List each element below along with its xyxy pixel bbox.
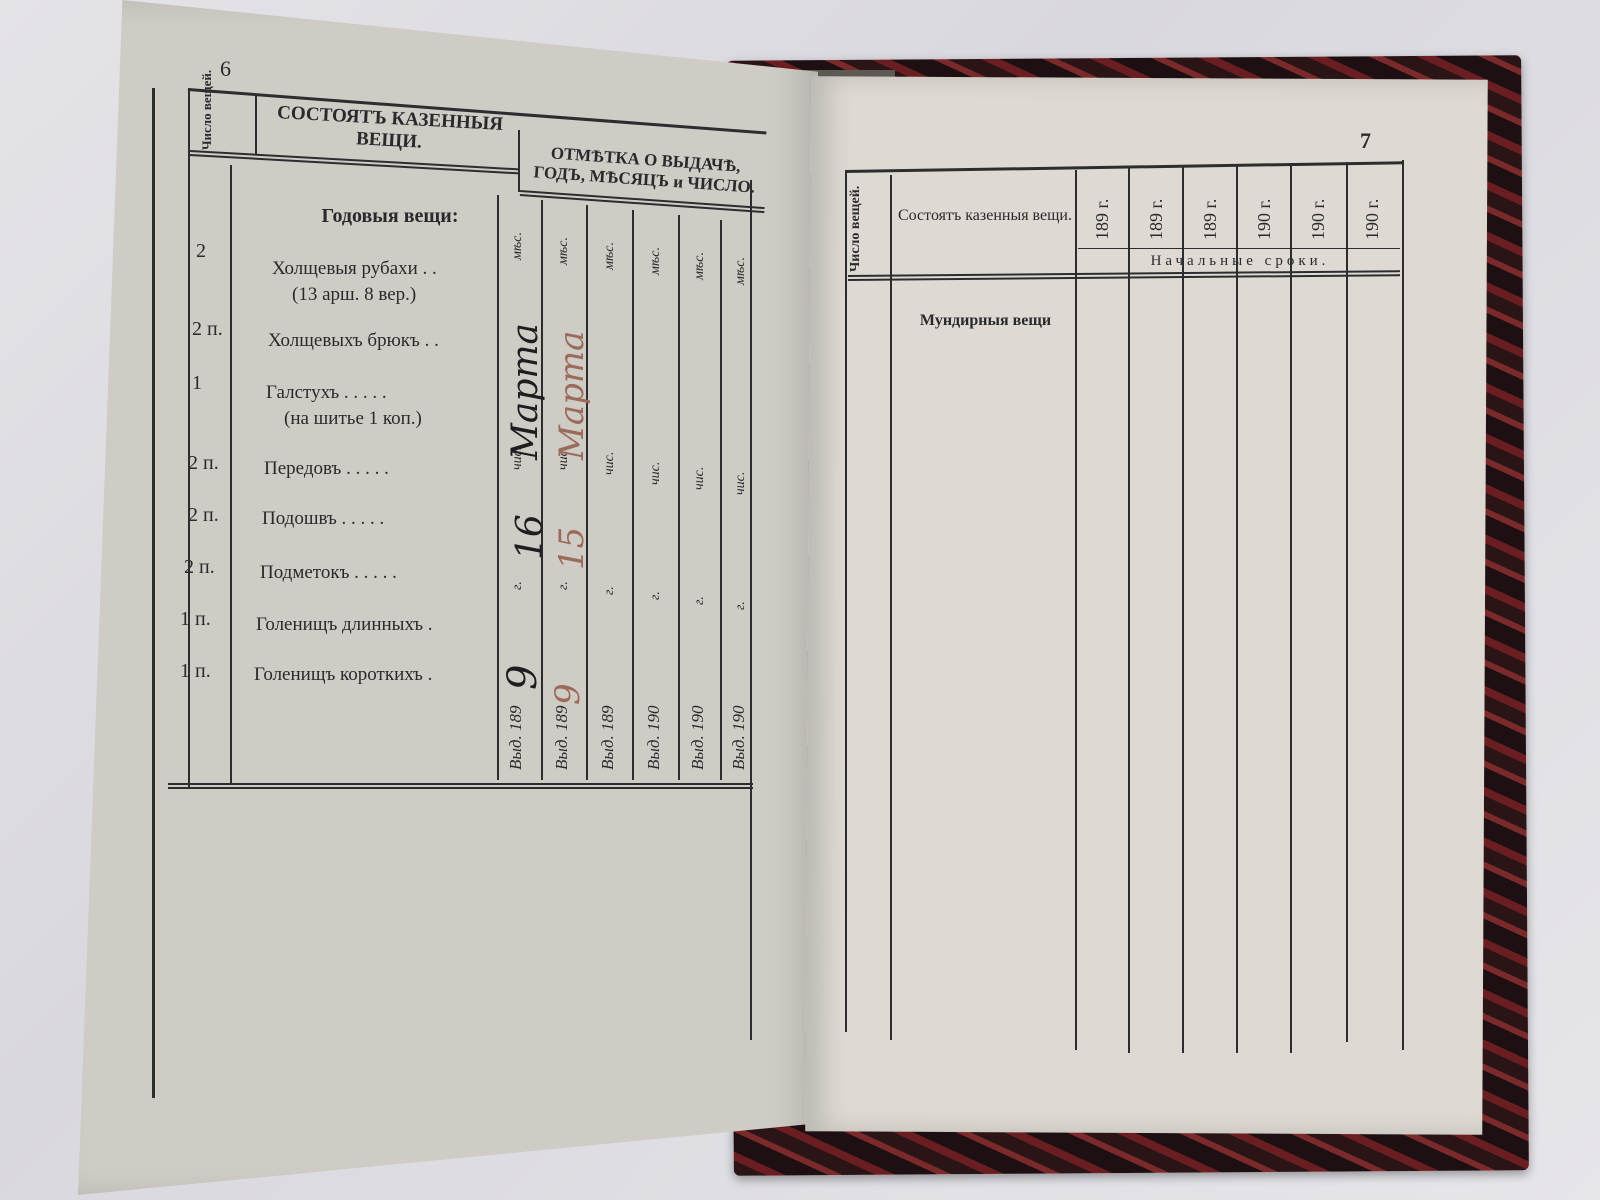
- item-name: Подметокъ . . . . .: [260, 562, 397, 584]
- subheader-rule: [1078, 248, 1400, 249]
- col-divider: [230, 165, 232, 785]
- col-divider: [1346, 162, 1348, 1042]
- issue-year-suffix: г.: [556, 581, 572, 590]
- issue-year-suffix: г.: [510, 581, 526, 590]
- item-qty: 1: [192, 372, 202, 395]
- issue-col-divider: [541, 200, 543, 780]
- item-qty: 1 п.: [180, 660, 211, 683]
- handwritten-day: 16: [510, 514, 551, 560]
- item-name: Холщевыя рубахи . .: [272, 258, 437, 280]
- issue-col-divider: [720, 220, 722, 780]
- item-qty: 2 п.: [188, 452, 219, 475]
- issue-col-divider: [632, 210, 634, 780]
- header-count: Число вещей.: [200, 90, 214, 150]
- issue-year-suffix: г.: [692, 596, 708, 605]
- issue-label: Выд. 189: [552, 706, 572, 771]
- col-divider: [1075, 170, 1077, 1050]
- table-border-right: [1402, 160, 1404, 1050]
- item-name: Холщевыхъ брюкъ . .: [268, 330, 439, 352]
- issue-col-divider: [497, 195, 499, 780]
- header-items: Состоятъ казенныя вещи.: [896, 200, 1074, 232]
- issue-month-suffix: мѣс.: [556, 237, 572, 265]
- table-border-right: [750, 180, 752, 1040]
- col-divider: [255, 95, 257, 155]
- year-header: 190 г.: [1308, 199, 1329, 240]
- page-number-right: 7: [1360, 128, 1371, 154]
- col-divider: [518, 130, 520, 192]
- table-inner-left: [188, 88, 190, 788]
- col-divider: [1128, 168, 1130, 1053]
- item-name: Передовъ . . . . .: [264, 458, 389, 480]
- table-bottom-rule: [168, 783, 753, 789]
- handwritten-day: 15: [552, 527, 592, 570]
- header-count: Число вещей.: [848, 182, 863, 272]
- issue-label: Выд. 189: [506, 706, 526, 771]
- issue-year-suffix: г.: [602, 586, 618, 595]
- year-header: 189 г.: [1146, 199, 1167, 240]
- item-note: (на шитье 1 коп.): [284, 408, 422, 430]
- issue-day-suffix: чис.: [602, 452, 618, 475]
- item-name: Голенищъ короткихъ .: [254, 664, 432, 686]
- handwritten-year: 9: [500, 665, 546, 690]
- section-title-annual: Годовыя вещи:: [290, 205, 490, 228]
- item-qty: 2 п.: [192, 318, 223, 341]
- item-qty: 2 п.: [188, 504, 219, 527]
- issue-label: Выд. 190: [644, 706, 664, 771]
- table-border-left: [845, 172, 847, 1032]
- col-divider: [1290, 163, 1292, 1053]
- col-divider: [890, 175, 892, 1040]
- issue-label: Выд. 190: [729, 706, 749, 771]
- issue-month-suffix: мѣс.: [692, 252, 708, 280]
- issue-label: Выд. 189: [598, 706, 618, 771]
- item-name: Голенищъ длинныхъ .: [256, 614, 433, 636]
- handwritten-month: Марта: [552, 331, 592, 460]
- issue-label: Выд. 190: [688, 706, 708, 771]
- year-header: 190 г.: [1362, 199, 1383, 240]
- issue-year-suffix: г.: [733, 601, 749, 610]
- col-divider: [1182, 166, 1184, 1053]
- item-name: Галстухъ . . . . .: [266, 382, 387, 404]
- issue-col-divider: [678, 215, 680, 780]
- table-border-left: [152, 88, 155, 1098]
- item-qty: 2 п.: [184, 556, 215, 579]
- item-qty: 2: [196, 240, 206, 263]
- item-qty: 1 п.: [180, 608, 211, 631]
- year-header: 189 г.: [1092, 199, 1113, 240]
- subheader-initial-terms: Начальные сроки.: [1080, 253, 1400, 270]
- issue-year-suffix: г.: [648, 591, 664, 600]
- page-number-left: 6: [220, 56, 231, 82]
- col-divider: [1236, 165, 1238, 1053]
- item-note: (13 арш. 8 вер.): [292, 284, 416, 306]
- handwritten-year: 9: [548, 683, 588, 705]
- issue-month-suffix: мѣс.: [510, 232, 526, 260]
- issue-month-suffix: мѣс.: [648, 247, 664, 275]
- issue-day-suffix: чис.: [648, 462, 664, 485]
- item-name: Подошвъ . . . . .: [262, 508, 384, 530]
- issue-month-suffix: мѣс.: [733, 257, 749, 285]
- issue-month-suffix: мѣс.: [602, 242, 618, 270]
- issue-day-suffix: чис.: [733, 472, 749, 495]
- year-header: 189 г.: [1200, 199, 1221, 240]
- issue-day-suffix: чис.: [692, 467, 708, 490]
- year-header: 190 г.: [1254, 199, 1275, 240]
- section-title-uniform: Мундирныя вещи: [898, 312, 1073, 330]
- handwritten-month: Марта: [505, 323, 546, 460]
